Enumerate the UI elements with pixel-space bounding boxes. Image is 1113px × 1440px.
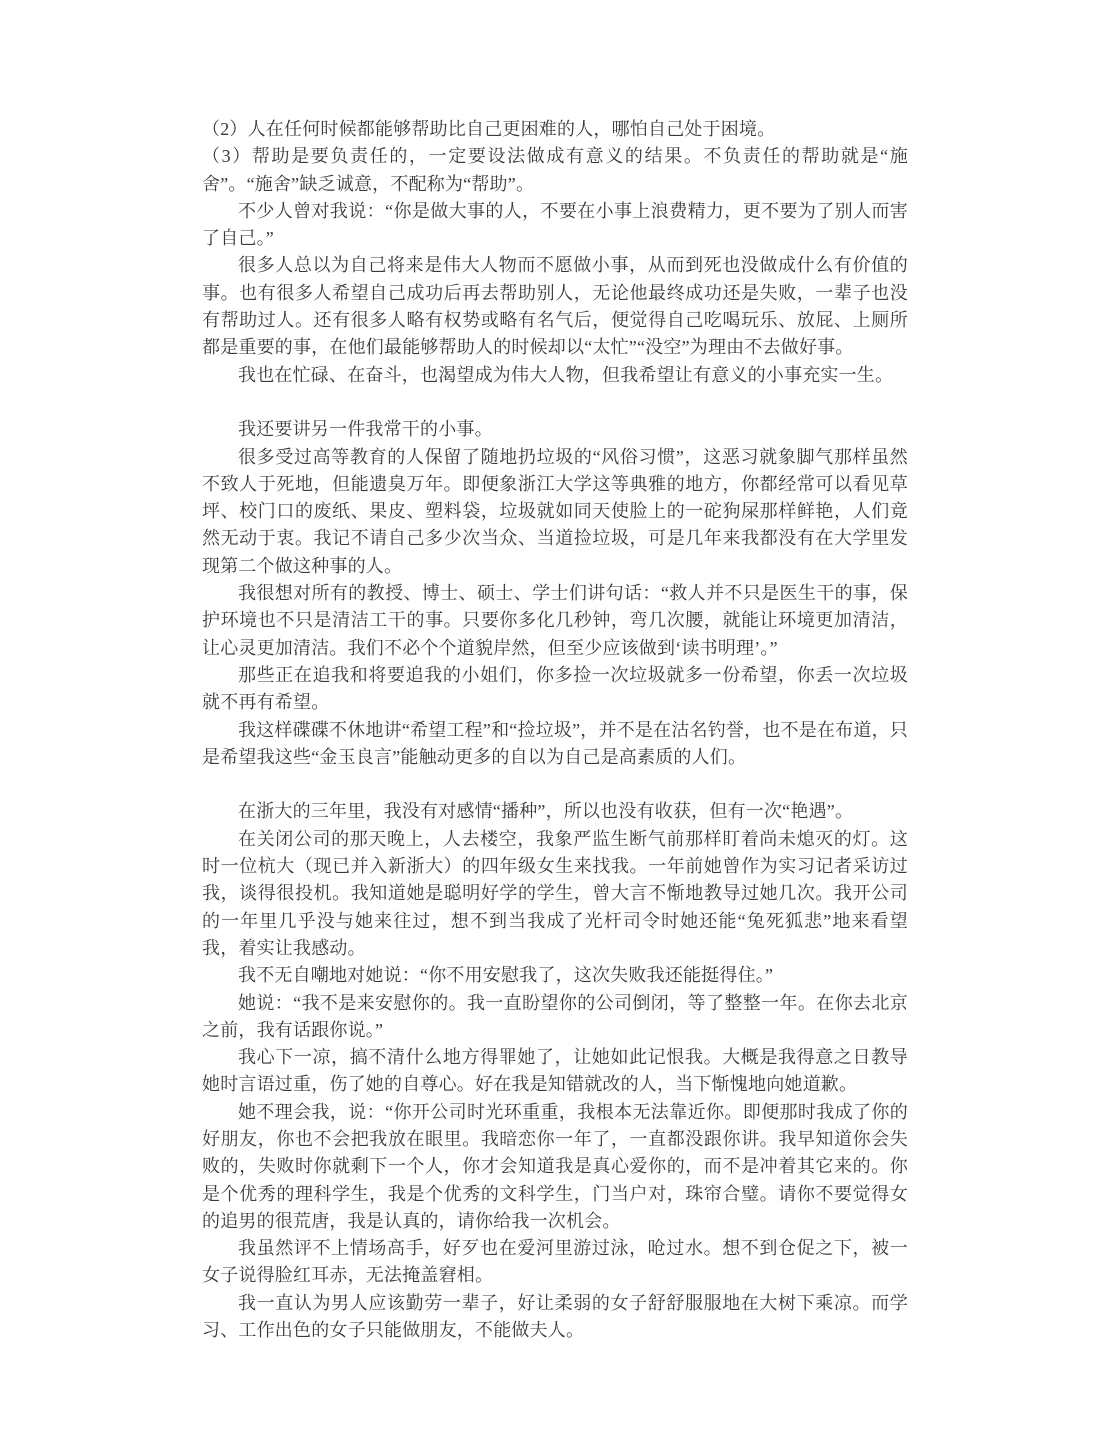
paragraph: 她说：“我不是来安慰你的。我一直盼望你的公司倒闭，等了整整一年。在你去北京之前，…	[202, 990, 908, 1045]
paragraph: 在关闭公司的那天晚上，人去楼空，我象严监生断气前那样盯着尚未熄灭的灯。这时一位杭…	[202, 826, 908, 962]
paragraph: 我还要讲另一件我常干的小事。	[202, 416, 908, 443]
document-body: （2）人在任何时候都能够帮助比自己更困难的人，哪怕自己处于困境。（3）帮助是要负…	[202, 116, 908, 1344]
paragraph: 我这样碟碟不休地讲“希望工程”和“捡垃圾”，并不是在沽名钓誉，也不是在布道，只是…	[202, 717, 908, 772]
paragraph: 我不无自嘲地对她说：“你不用安慰我了，这次失败我还能挺得住。”	[202, 962, 908, 989]
paragraph: 她不理会我，说：“你开公司时光环重重，我根本无法靠近你。即便那时我成了你的好朋友…	[202, 1099, 908, 1235]
paragraph: 很多受过高等教育的人保留了随地扔垃圾的“风俗习惯”，这恶习就象脚气那样虽然不致人…	[202, 444, 908, 580]
paragraph: 不少人曾对我说：“你是做大事的人，不要在小事上浪费精力，更不要为了别人而害了自己…	[202, 198, 908, 253]
paragraph: 很多人总以为自己将来是伟大人物而不愿做小事，从而到死也没做成什么有价值的事。也有…	[202, 252, 908, 361]
paragraph: 我心下一凉，搞不清什么地方得罪她了，让她如此记恨我。大概是我得意之日教导她时言语…	[202, 1044, 908, 1099]
paragraph: （3）帮助是要负责任的，一定要设法做成有意义的结果。不负责任的帮助就是“施舍”。…	[202, 143, 908, 198]
paragraph: （2）人在任何时候都能够帮助比自己更困难的人，哪怕自己处于困境。	[202, 116, 908, 143]
paragraph: 那些正在追我和将要追我的小姐们，你多捡一次垃圾就多一份希望，你丢一次垃圾就不再有…	[202, 662, 908, 717]
paragraph: 我虽然评不上情场高手，好歹也在爱河里游过泳，呛过水。想不到仓促之下，被一女子说得…	[202, 1235, 908, 1290]
document-page: （2）人在任何时候都能够帮助比自己更困难的人，哪怕自己处于困境。（3）帮助是要负…	[0, 0, 1113, 1440]
paragraph: 我很想对所有的教授、博士、硕士、学士们讲句话：“救人并不只是医生干的事，保护环境…	[202, 580, 908, 662]
paragraph: 我也在忙碌、在奋斗，也渴望成为伟大人物，但我希望让有意义的小事充实一生。	[202, 362, 908, 389]
paragraph: 我一直认为男人应该勤劳一辈子，好让柔弱的女子舒舒服服地在大树下乘凉。而学习、工作…	[202, 1290, 908, 1345]
paragraph: 在浙大的三年里，我没有对感情“播种”，所以也没有收获，但有一次“艳遇”。	[202, 798, 908, 825]
